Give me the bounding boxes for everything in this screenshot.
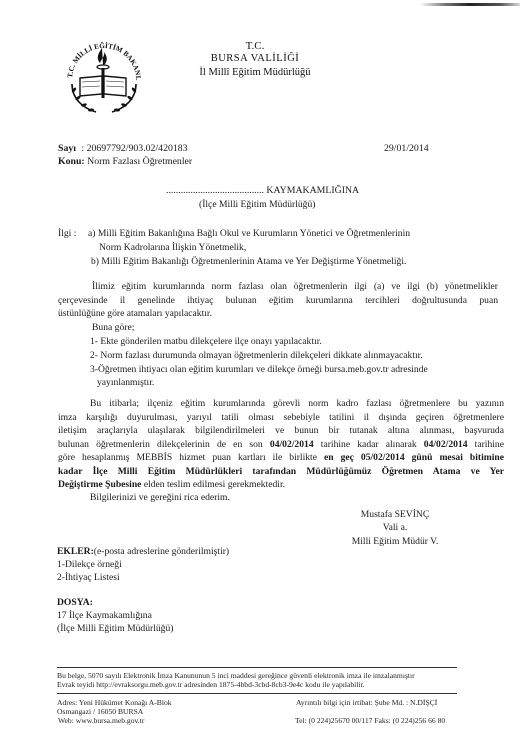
para2-line5: göre hesaplanmış MEBBİS hizmet puan kart… xyxy=(58,451,504,465)
para2-line4-c: tarihine xyxy=(468,439,504,450)
subject-value: Norm Fazlası Öğretmenler xyxy=(87,156,192,167)
footer-divider-top xyxy=(57,667,457,668)
closing-line: Bilgilerinizi ve gereğini rica ederim. xyxy=(90,492,230,503)
reference-a-line1: a) Milli Eğitim Bakanlığına Bağlı Okul v… xyxy=(88,228,410,239)
para2-line7: Değiştirme Şubesine elden teslim edilmes… xyxy=(58,478,504,492)
para2-line5-a: göre hesaplanmış MEBBİS hizmet puan kart… xyxy=(58,452,324,463)
signatory-title-1: Vali a. xyxy=(350,522,440,533)
list-item: 3-Öğretmen ihtiyacı olan eğitim kurumlar… xyxy=(90,364,428,375)
paragraph-1: İlimiz eğitim kurumlarında norm fazlası … xyxy=(58,280,498,321)
subject: Konu: Norm Fazlası Öğretmenler xyxy=(58,156,192,167)
header-governorship: BURSA VALİLİĞİ xyxy=(180,53,330,64)
document-date: 29/01/2014 xyxy=(384,143,429,154)
deadline-date-2: 04/02/2014 xyxy=(424,439,468,450)
paragraph-2: Bu itibarla; ilçeniz eğitim kurumlarında… xyxy=(58,397,504,492)
attachment-item: 1-Dilekçe örneği xyxy=(57,559,122,570)
footer-divider-bottom xyxy=(57,693,457,694)
address-line2: Osmangazi / 16050 BURSA xyxy=(57,707,143,716)
header-tc: T.C. xyxy=(180,40,330,52)
distribution-line2: (İlçe Milli Eğitim Müdürlüğü) xyxy=(57,623,173,634)
reference-value: : 20697792/903.02/420183 xyxy=(81,143,187,154)
para2-line5-bold: en geç 05/02/2014 günü mesai bitimine xyxy=(324,452,504,463)
phone-fax: Tel: (0 224)25670 00/117 Faks: (0 224)25… xyxy=(295,716,445,725)
reference-number: Sayı : 20697792/903.02/420183 xyxy=(58,143,188,154)
esign-notice-line1: Bu belge, 5070 sayılı Elektronik İmza Ka… xyxy=(57,671,415,680)
para2-line4: bulunan öğretmenlerin dilekçelerinin de … xyxy=(58,438,504,452)
para2-line4-a: bulunan öğretmenlerin dilekçelerinin de … xyxy=(58,439,270,450)
para2-line6: kadar İlçe Milli Eğitim Müdürlükleri tar… xyxy=(58,465,504,479)
header-directorate: İl Millî Eğitim Müdürlüğü xyxy=(180,67,330,78)
scan-artifact xyxy=(420,3,520,6)
signatory-title-2: Milli Eğitim Müdür V. xyxy=(340,536,450,547)
distribution-label: DOSYA: xyxy=(57,597,93,608)
para2-line7-bold: Değiştirme Şubesine xyxy=(58,479,141,490)
ministry-emblem-icon: T.C. MİLLİ EĞİTİM BAKANLIĞI xyxy=(58,28,150,120)
list-item: 2- Norm fazlası durumunda olmayan öğretm… xyxy=(90,350,423,361)
attachments-header: EKLER:(e-posta adreslerine gönderilmişti… xyxy=(57,546,229,557)
reference-label-ilgi: İlgi : xyxy=(58,228,76,239)
list-item: 1- Ekte gönderilen matbu dilekçelere ilç… xyxy=(90,336,322,347)
para2-line3: iletişim araçlarıyla ulaşılarak bilgilen… xyxy=(58,424,504,438)
para1-line3: üstünlüğüne göre atamaları yapılacaktır. xyxy=(58,307,498,321)
addressee-subline: (İlçe Milli Eğitim Müdürlüğü) xyxy=(199,199,315,210)
contact-person: Ayrıntılı bilgi için irtibat: Şube Md. :… xyxy=(296,698,437,707)
attachments-note: (e-posta adreslerine gönderilmiştir) xyxy=(94,546,229,557)
reference-a-line2: Norm Kadrolarına İlişkin Yönetmelik, xyxy=(99,242,246,253)
addressee-line: ........................................… xyxy=(166,185,359,196)
signatory-name: Mustafa SEVİNÇ xyxy=(350,509,440,520)
para1-line2: çerçevesinde il genelinde ihtiyaç buluna… xyxy=(58,294,498,308)
para2-line2: imza karşılığı duyurulması, yarıyıl tati… xyxy=(58,411,504,425)
reference-label: Sayı xyxy=(58,143,76,154)
website: Web: www.bursa.meb.gov.tr xyxy=(58,716,144,725)
address-line1: Adres: Yeni Hükümet Konağı A-Blok xyxy=(57,698,172,707)
para2-line1: Bu itibarla; ilçeniz eğitim kurumlarında… xyxy=(58,397,504,411)
distribution-line1: 17 İlçe Kaymakamlığına xyxy=(57,610,152,621)
attachment-item: 2-İhtiyaç Listesi xyxy=(57,572,120,583)
distribution-label-text: DOSYA: xyxy=(57,597,93,608)
para2-line6-bold: kadar İlçe Milli Eğitim Müdürlükleri tar… xyxy=(58,466,504,477)
reference-b: b) Milli Eğitim Bakanlığı Öğretmenlerini… xyxy=(91,256,406,267)
subject-label: Konu: xyxy=(58,156,85,167)
deadline-date-1: 04/02/2014 xyxy=(270,439,314,450)
buna-gore: Buna göre; xyxy=(92,322,134,333)
para1-line1: İlimiz eğitim kurumlarında norm fazlası … xyxy=(58,280,498,294)
esign-notice-line2: Evrak teyidi http://evraksorgu.meb.gov.t… xyxy=(57,680,364,689)
para2-line4-b: tarihine kadar alınarak xyxy=(314,439,424,450)
para2-line7-rest: elden teslim edilmesi gerekmektedir. xyxy=(141,479,285,490)
attachments-label: EKLER: xyxy=(57,546,94,557)
list-item-continuation: yayınlanmıştır. xyxy=(97,377,154,388)
